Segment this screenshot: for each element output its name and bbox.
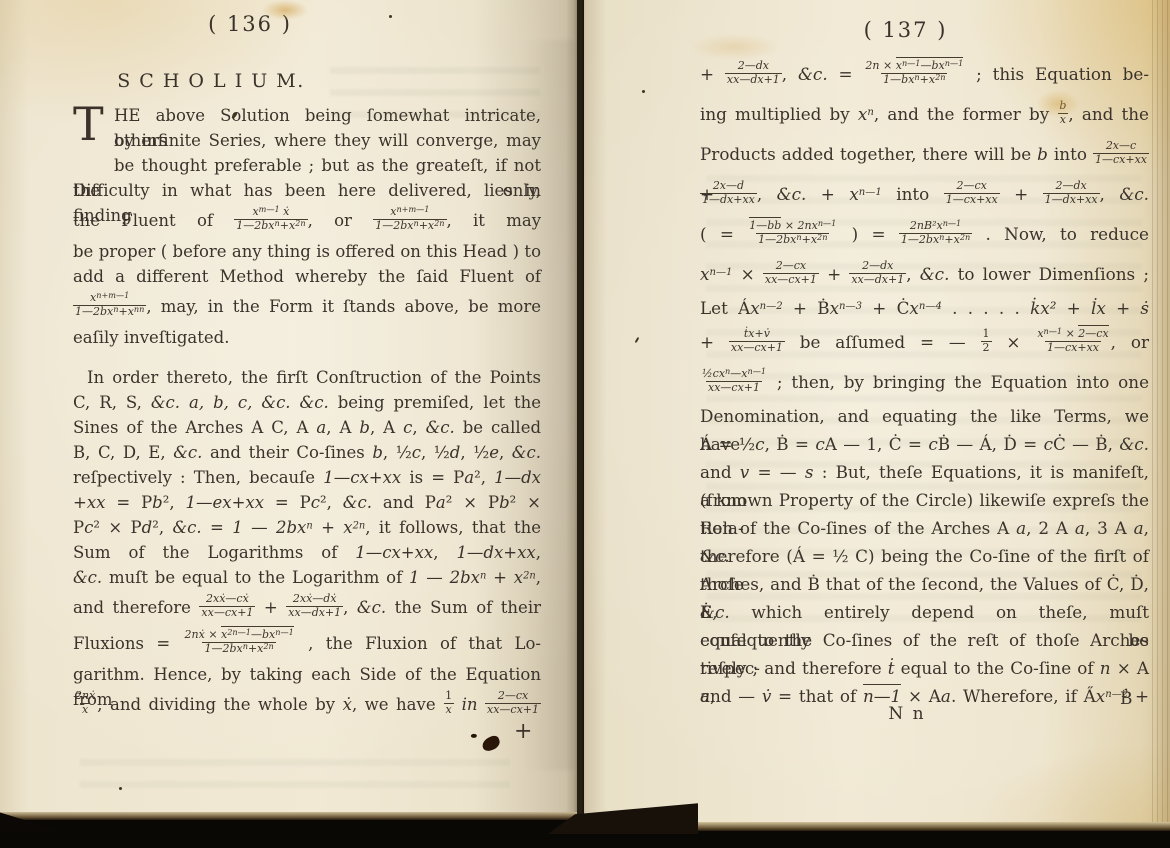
text-line: ing multiplied by xn, and the former by … [700,94,1149,134]
text-line: tively ; and therefore ṫ equal to the Co… [700,654,1149,682]
signature-mark: N n [832,704,982,724]
catchword-right: Ḃ [1120,689,1133,709]
text-line: xn+m—11—2bxn+xnn, may, in the Form it ſt… [73,289,541,325]
inline-fraction: 2xẋ—dẋxx—dx+1 [286,593,343,619]
text-line: Difficulty in what has been here deliver… [73,178,541,203]
text-line: and therefore 2xẋ—cẋxx—cx+1 + 2xẋ—dẋxx—d… [73,590,541,626]
foxing-stain [1036,90,1080,118]
text-line: In order thereto, the firſt Conſtruction… [73,365,541,390]
text-line: by infinite Series, where they will conv… [73,128,541,153]
text-line: be thought preferable ; but as the great… [73,153,541,178]
text-line: 2nẋx, and dividing the whole by ẋ, we ha… [73,687,541,723]
text-line: Sines of the Arches A C, A a, A b, A c, … [73,415,541,440]
inline-fraction: xn+m—11—2bxn+xnn [73,292,146,318]
page-136-text: T HE above Solution being ſomewhat intri… [73,103,541,723]
show-through [706,160,1142,630]
text-line: add a different Method whereby the ſaid … [73,264,541,289]
text-line: Pc² × Pd², &c. = 1 — 2bxn + x2n, it foll… [73,515,541,540]
inline-fraction: 1x [443,690,454,716]
text-line: + 2—dxxx—dx+1, &c. = 2n × xn—1—bxn—11—bx… [700,54,1149,94]
inline-fraction: xm—1 ẋ1—2bxn+x2n [234,206,307,232]
drop-cap: T [73,105,107,155]
text-line: be proper ( before any thing is offered … [73,239,541,264]
paragraph-1: T HE above Solution being ſomewhat intri… [73,103,541,350]
section-title: S C H O L I U M. [95,70,327,92]
foxing-stain [262,0,308,20]
foxing-stain [690,34,780,60]
text-line: garithm. Hence, by taking each Side of t… [73,662,541,687]
inline-fraction: 2nẋ × x2n—1—bxn—11—2bxn+x2n [183,629,296,655]
text-line: Fluxions = 2nẋ × x2n—1—bxn—11—2bxn+x2n ,… [73,626,541,662]
inline-fraction: 2xẋ—cẋxx—cx+1 [199,593,255,619]
show-through [80,744,510,802]
inline-fraction: 2—dxxx—dx+1 [725,60,782,86]
paragraph-2: In order thereto, the firſt Conſtruction… [73,365,541,723]
open-book-scan: ( 136 ) S C H O L I U M. T HE above Solu… [0,0,1170,848]
inline-fraction: 2n × xn—1—bxn—11—bxn+x2n [863,60,965,86]
text-line: reſpectively : Then, becauſe 1—cx+xx is … [73,465,541,490]
ink-speck [119,787,122,790]
page-number-right: ( 137 ) [828,18,983,42]
text-line: equal to the Co-ſines of the reſt of tho… [700,626,1149,654]
gutter-shading [522,40,574,770]
ink-speck [642,90,645,93]
text-line: C, R, S, &c. a, b, c, &c. &c. being prem… [73,390,541,415]
page-bottom-edge [0,812,577,820]
inline-fraction: 2nẋx [73,690,97,716]
text-line: B, C, D, E, &c. and their Co-ſines b, ½c… [73,440,541,465]
page-edge-band [1152,0,1170,831]
show-through [330,52,540,124]
text-line: Sum of the Logarithms of 1—cx+xx, 1—dx+x… [73,540,541,565]
ink-speck [389,15,392,18]
text-line: &c. muſt be equal to the Logarithm of 1 … [73,565,541,590]
inline-fraction: xn+m—11—2bxn+x2n [373,206,446,232]
text-line: +xx = Pb², 1—ex+xx = Pc², &c. and Pa² × … [73,490,541,515]
text-line: the Fluent of xm—1 ẋ1—2bxn+x2n, or xn+m—… [73,203,541,239]
